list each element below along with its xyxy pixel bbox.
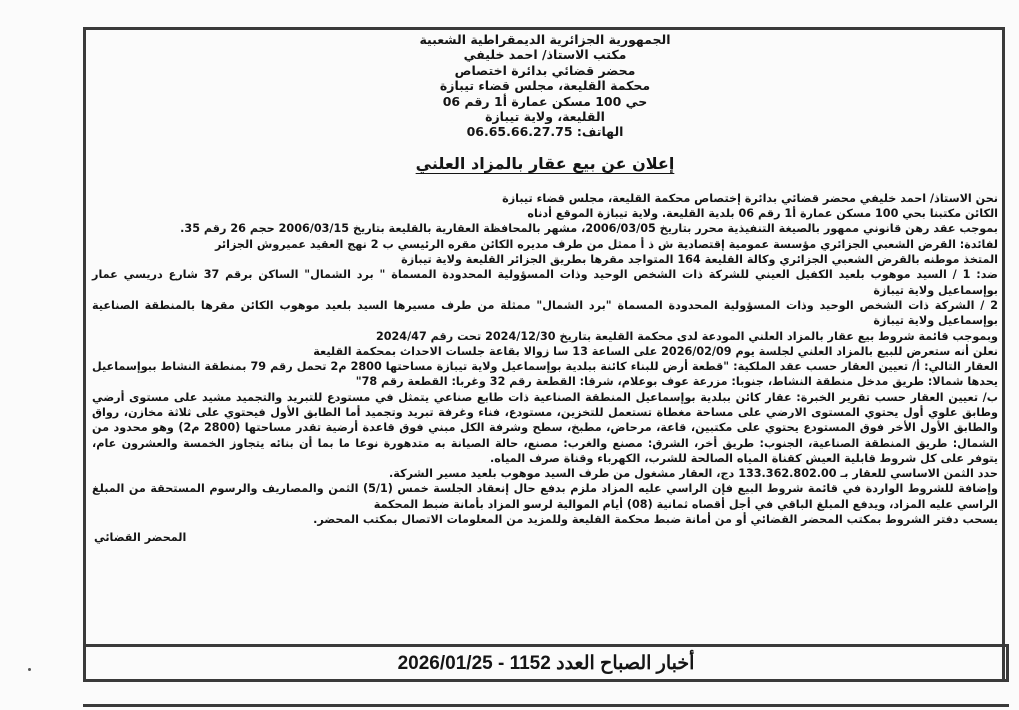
paragraph-payment-terms: وإضافة للشروط الواردة في قائمة شروط البي… <box>92 481 998 512</box>
announcement-title: إعلان عن بيع عقار بالمزاد العلني <box>92 154 998 173</box>
publication-footer: أخبار الصباح العدد 1152 - 2026/01/25 <box>83 646 1009 680</box>
paragraph-property-deed: العقار التالي: أ/ تعيين العقار حسب عقد ا… <box>92 359 998 390</box>
scan-speck <box>28 668 31 671</box>
separator-line-bottom <box>83 679 1009 682</box>
paragraph-withdrawal-info: يسحب دفتر الشروط بمكتب المحضر القضائي أو… <box>92 512 998 527</box>
letterhead-court: محكمة القليعة، مجلس قضاء تيبازة <box>92 78 998 93</box>
letterhead-address: حي 100 مسكن عمارة أ1 رقم 06 <box>92 94 998 109</box>
announcement-content: الجمهورية الجزائرية الديمقراطية الشعبية … <box>86 29 1004 644</box>
paragraph-base-price: حدد الثمن الاساسي للعقار بـ 133.362.802.… <box>92 466 998 481</box>
letterhead: الجمهورية الجزائرية الديمقراطية الشعبية … <box>92 32 998 140</box>
paragraph-bailiff: نحن الاستاذ/ احمد خليفي محضر قضائي بدائر… <box>92 191 998 206</box>
paragraph-property-expertise: ب/ تعيين العقار حسب تقرير الخبرة: عقار ك… <box>92 390 998 466</box>
paragraph-beneficiary-domicile: المتخذ موطنه بالقرض الشعبي الجزائري وكال… <box>92 252 998 267</box>
letterhead-phone: الهاتف: 06.65.66.27.75 <box>92 124 998 139</box>
paragraph-mortgage-deed: بموجب عقد رهن قانوني ممهور بالصيغة التنف… <box>92 221 998 236</box>
publication-info: أخبار الصباح العدد 1152 - 2026/01/25 <box>398 652 695 675</box>
next-section-border <box>83 704 1009 707</box>
signature: المحضر القضائي <box>92 531 998 544</box>
phone-label: الهاتف: <box>573 124 624 139</box>
letterhead-office: مكتب الاستاذ/ احمد خليفي <box>92 47 998 62</box>
letterhead-role: محضر قضائي بدائرة اختصاص <box>92 63 998 78</box>
paragraph-defendant-2: 2 / الشركة ذات الشخص الوحيد وذات المسؤول… <box>92 298 998 329</box>
paragraph-office-address: الكائن مكتبنا بحي 100 مسكن عمارة أ1 رقم … <box>92 206 998 221</box>
title-text: إعلان عن بيع عقار بالمزاد العلني <box>416 154 675 173</box>
announcement-body: نحن الاستاذ/ احمد خليفي محضر قضائي بدائر… <box>92 191 998 528</box>
paragraph-conditions-list: وبموجب قائمة شروط بيع عقار بالمزاد العلن… <box>92 329 998 344</box>
letterhead-republic: الجمهورية الجزائرية الديمقراطية الشعبية <box>92 32 998 47</box>
paragraph-auction-date: نعلن أنه ستعرض للبيع بالمزاد العلني لجلس… <box>92 344 998 359</box>
letterhead-city: القليعة، ولاية تيبازة <box>92 109 998 124</box>
paragraph-defendant-1: ضد: 1 / السيد موهوب بلعيد الكفيل العيني … <box>92 267 998 298</box>
phone-number: 06.65.66.27.75 <box>467 124 573 139</box>
paragraph-beneficiary: لفائدة: القرض الشعبي الجزائري مؤسسة عموم… <box>92 237 998 252</box>
